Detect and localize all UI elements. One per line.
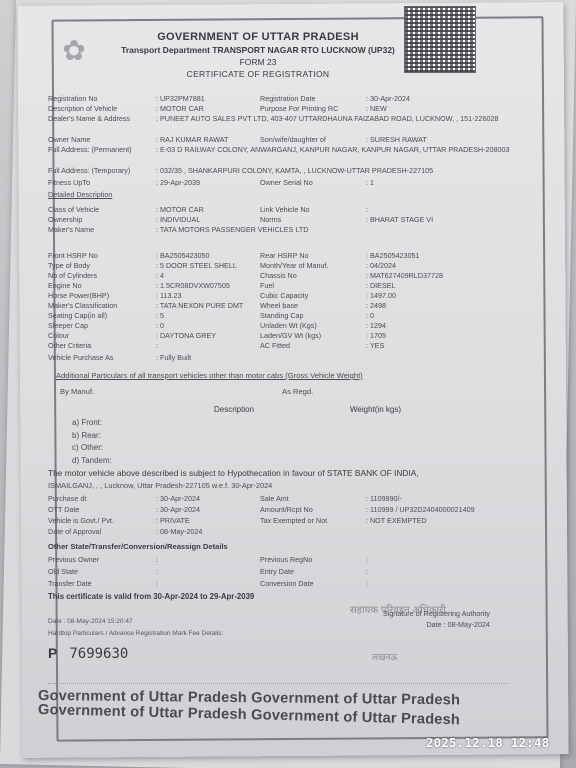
field-value: : 30-Apr-2024 [156,505,200,514]
field-value: : [156,555,158,564]
field-value: : RAJ KUMAR RAWAT [156,135,228,144]
field-value: : NOT EXEMPTED [366,516,427,525]
field-label: Maker's Name [48,225,94,234]
field-value: : 4 [156,271,164,280]
field-label: Date of Approval [48,527,101,536]
field-value: : INDIVIDUAL [156,215,200,224]
stamp-city: लखनऊ [372,650,398,663]
field-label: Laden/GV Wt (kgs) [260,331,321,340]
field-value: : [366,567,368,576]
field-label: Description of Vehicle [48,104,117,113]
field-label: Class of Vehicle [48,205,99,214]
field-value: : 0 [366,311,374,320]
field-label: Detailed Description [48,190,112,199]
field-label: Tax Exempted or Not [260,516,327,525]
field-label: Norms [260,215,281,224]
field-value: : 04/2024 [366,261,396,270]
gvw-item: b) Rear: [72,431,101,440]
field-label: Dealer's Name & Address [48,114,130,123]
field-label: Old State [48,567,78,576]
field-label: Son/wife/daughter of [260,135,326,144]
gvw-item: d) Tandem: [72,456,112,465]
field-value: : DIESEL [366,281,396,290]
field-label: Sleeper Cap [48,321,88,330]
by-manuf-label: By Manuf. [60,387,94,396]
certificate-title: CERTIFICATE OF REGISTRATION [0,69,546,79]
field-label: Vehicle Purchase As [48,353,114,362]
signature-label: Signature of Registering Authority [330,608,490,619]
signature-date: Date : 08-May-2024 [330,619,490,630]
field-label: Rear HSRP No [260,251,309,260]
field-label: Fitness UpTo [48,178,90,187]
gvw-item: a) Front: [72,418,102,427]
field-label: No of Cylinders [48,271,97,280]
government-title: GOVERNMENT OF UTTAR PRADESH [0,31,546,43]
field-value: : Fully Built [156,353,516,362]
field-value: : TATA MOTORS PASSENGER VEHICLES LTD [156,225,516,234]
field-value: : 2498 [366,301,386,310]
field-value: : 1109990/- [366,494,402,503]
gvw-item: c) Other: [72,443,103,452]
field-label: Chassis No [260,271,297,280]
field-value: : YES [366,341,384,350]
field-label: Registration No [48,94,98,103]
field-label: Ownership [48,215,82,224]
signature-block: Signature of Registering Authority Date … [330,608,490,630]
field-label: Engine No [48,281,82,290]
field-value: : 110999 / UP32D2404000021409 [366,505,475,514]
field-value: : [156,341,158,350]
field-value: : SURESH RAWAT [366,135,427,144]
field-value: : MOTOR CAR [156,205,204,214]
field-value: : [366,555,368,564]
field-label: Link Vehicle No [260,205,310,214]
field-label: Sale Amt [260,494,289,503]
department-title: Transport Department TRANSPORT NAGAR RTO… [0,45,546,55]
field-value: : 0 [156,321,164,330]
field-value: : 5 [156,311,164,320]
field-value: : E-03 D RAILWAY COLONY, ANWARGANJ, KANP… [156,145,516,154]
field-value: : BA2505423050 [156,251,210,260]
field-label: Wheel base [260,301,298,310]
field-label: OTT Date [48,505,79,514]
field-value: : BHARAT STAGE VI [366,215,433,224]
field-value: : 1294 [366,321,386,330]
hypothecation-bank-address: ISMAILGANJ, , , Lucknow, Uttar Pradesh-2… [48,481,272,490]
field-label: Month/Year of Manuf. [260,261,328,270]
field-label: Purchase dt [48,494,86,503]
fee-details: Hardtop Particulars / Advance Registrati… [48,630,223,637]
field-label: Colour [48,331,69,340]
field-value: : MAT627409RLD37728 [366,271,443,280]
hypothecation-text: The motor vehicle above described is sub… [48,468,508,478]
field-label: Previous RegNo [260,555,312,564]
microtext-line [48,683,508,687]
field-value: : DAYTONA GREY [156,331,216,340]
transfer-section-title: Other State/Transfer/Conversion/Reassign… [48,542,518,551]
field-value: : 032/35 , SHANKARPURI COLONY, KAMTA, , … [156,166,516,175]
field-label: AC Fitted [260,341,290,350]
certificate-content: ✿ GOVERNMENT OF UTTAR PRADESH Transport … [0,0,576,768]
field-label: Full Address: (Permanent) [48,145,132,154]
field-label: Transfer Date [48,579,92,588]
field-label: Registration Date [260,94,316,103]
field-label: Type of Body [48,261,90,270]
validity-statement: This certificate is valid from 30-Apr-20… [48,592,254,601]
field-label: Full Address: (Temporary) [48,166,130,175]
field-label: Front HSRP No [48,251,98,260]
field-value: : PRIVATE [156,516,190,525]
field-value: : [156,567,158,576]
weight-header: Weight(in kgs) [350,405,401,414]
field-label: Purpose For Printing RC [260,104,338,113]
field-label: Maker's Classification [48,301,117,310]
field-value: : 1.5CR08DVXW07505 [156,281,230,290]
field-value: : 30-Apr-2024 [156,494,200,503]
field-value: : PUNEET AUTO SALES PVT LTD, 403-407 UTT… [156,114,516,123]
description-header: Description [214,405,254,414]
serial-prefix: P [48,645,57,661]
field-value: : 30-Apr-2024 [366,94,410,103]
form-number: FORM 23 [0,57,546,67]
field-label: Cubic Capacity [260,291,308,300]
camera-timestamp: 2025.12.18 12:48 [426,736,550,750]
field-label: Seating Cap(in all) [48,311,107,320]
field-value: : [366,579,368,588]
field-label: Fuel [260,281,274,290]
serial-number: P7699630 [48,645,128,662]
gvw-title: Additional Particulars of all transport … [56,371,363,380]
field-label: Unladen Wt (Kgs) [260,321,317,330]
field-label: Conversion Date [260,579,314,588]
as-regd-label: As Regd. [282,387,313,396]
field-value: : [156,579,158,588]
field-label: Owner Serial No [260,178,313,187]
field-label: Horse Power(BHP) [48,291,109,300]
field-value: : 08-May-2024 [156,527,516,536]
field-label: Previous Owner [48,555,99,564]
field-value: : BA2505423051 [366,251,420,260]
field-value: : 1 [366,178,374,187]
field-value: : MOTOR CAR [156,104,204,113]
field-value: : UP32PM7881 [156,94,205,103]
field-value: : 1705 [366,331,386,340]
field-label: Other Criteria [48,341,91,350]
field-value: : TATA NEXON PURE DMT [156,301,243,310]
field-label: Standing Cap [260,311,304,320]
field-label: Amount/Rcpt No [260,505,313,514]
field-value: : NEW [366,104,387,113]
field-value: : 5 DOOR STEEL SHELL [156,261,237,270]
serial-value: 7699630 [69,646,128,662]
field-value: : [366,205,368,214]
field-value: : 1497.00 [366,291,396,300]
field-label: Entry Date [260,567,294,576]
field-value: : 113.23 [156,291,181,300]
field-label: Owner Name [48,135,90,144]
field-label: Vehicle is Govt./ Pvt. [48,516,114,525]
field-value: : 29-Apr-2039 [156,178,200,187]
print-date: Date : 08-May-2024 15:20:47 [48,618,133,625]
